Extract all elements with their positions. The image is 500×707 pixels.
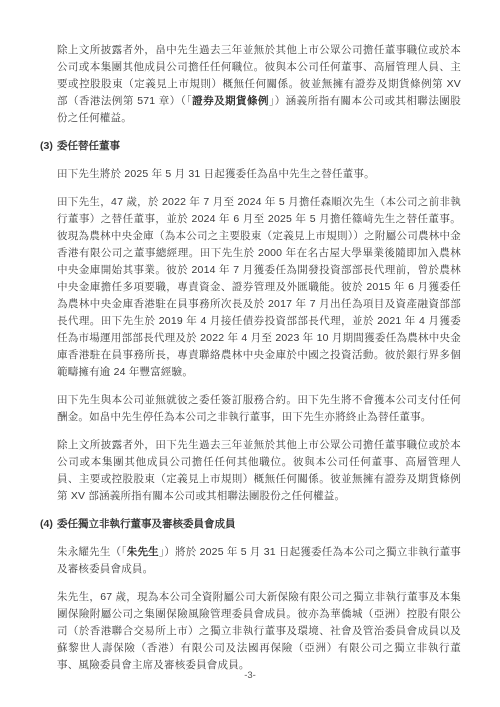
defined-term-mr-chu: 朱先生 (127, 546, 159, 558)
paragraph-chu-biography: 朱先生，67 歲，現為本公司全資附屬公司大新保險有限公司之獨立非執行董事及本集團… (57, 589, 461, 674)
paragraph-text: 田下先生將於 2025 年 5 月 31 日起獲委任為畠中先生之替任董事。 (57, 168, 375, 180)
paragraph-text: 田下先生，47 歲，於 2022 年 7 月至 2024 年 5 月擔任森順次先… (57, 196, 461, 378)
paragraph-text: 朱先生，67 歲，現為本公司全資附屬公司大新保險有限公司之獨立非執行董事及本集團… (57, 591, 461, 671)
paragraph-text: 朱永耀先生（「 (57, 546, 127, 558)
section-3-heading: (3) 委任替任董事 (40, 138, 461, 155)
section-4-heading: (4) 委任獨立非執行董事及審核委員會成員 (40, 516, 461, 533)
paragraph-text: 除上文所披露者外，田下先生過去三年並無於其他上市公眾公司擔任董事職位或於本公司或… (57, 439, 461, 502)
paragraph-chu-appointment: 朱永耀先生（「朱先生」）將於 2025 年 5 月 31 日起獲委任為本公司之獨… (57, 544, 461, 578)
section-3-number: (3) (40, 138, 57, 155)
paragraph-hatanaka-disclosure: 除上文所披露者外，畠中先生過去三年並無於其他上市公眾公司擔任董事職位或於本公司或… (57, 42, 461, 127)
paragraph-tashita-service-contract: 田下先生與本公司並無就彼之委任簽訂服務合約。田下先生將不會獲本公司支付任何酬金。… (57, 392, 461, 426)
document-page: 除上文所披露者外，畠中先生過去三年並無於其他上市公眾公司擔任董事職位或於本公司或… (0, 0, 500, 707)
page-number: -3- (0, 670, 500, 681)
paragraph-tashita-disclosure: 除上文所披露者外，田下先生過去三年並無於其他上市公眾公司擔任董事職位或於本公司或… (57, 437, 461, 505)
defined-term-sfo: 證券及期貨條例 (192, 95, 269, 107)
section-4-number: (4) (40, 516, 57, 533)
paragraph-tashita-appointment: 田下先生將於 2025 年 5 月 31 日起獲委任為畠中先生之替任董事。 (57, 166, 461, 183)
paragraph-tashita-biography: 田下先生，47 歲，於 2022 年 7 月至 2024 年 5 月擔任森順次先… (57, 194, 461, 381)
paragraph-text: 田下先生與本公司並無就彼之委任簽訂服務合約。田下先生將不會獲本公司支付任何酬金。… (57, 394, 461, 423)
section-3-title: 委任替任董事 (57, 138, 120, 155)
section-4-title: 委任獨立非執行董事及審核委員會成員 (57, 516, 236, 533)
